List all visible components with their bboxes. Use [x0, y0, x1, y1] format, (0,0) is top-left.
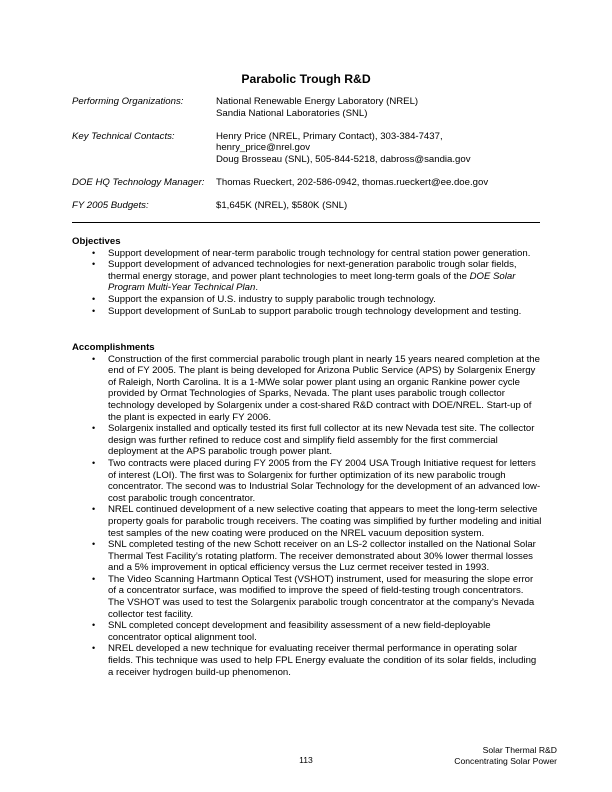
bullet-icon: • — [92, 643, 95, 655]
contact-email: henry_price@nrel.gov — [216, 142, 542, 154]
bullet-icon: • — [92, 423, 95, 435]
footer-program-title: Concentrating Solar Power — [454, 756, 557, 767]
list-item-text: NREL developed a new technique for evalu… — [108, 643, 536, 677]
list-item-text: Support development of near-term parabol… — [108, 248, 530, 259]
bullet-icon: • — [92, 248, 95, 260]
list-item-text: SNL completed concept development and fe… — [108, 620, 491, 643]
bullet-icon: • — [92, 504, 95, 516]
manager-line: Thomas Rueckert, 202-586-0942, thomas.ru… — [216, 177, 542, 189]
objectives-section: Objectives •Support development of near-… — [72, 236, 542, 317]
key-technical-contacts-row: Key Technical Contacts: Henry Price (NRE… — [72, 131, 542, 166]
key-technical-contacts-value: Henry Price (NREL, Primary Contact), 303… — [216, 131, 542, 166]
page-title: Parabolic Trough R&D — [0, 72, 612, 87]
accomplishment-item: •NREL developed a new technique for eval… — [72, 643, 542, 678]
organization-line: Sandia National Laboratories (SNL) — [216, 108, 542, 120]
accomplishment-item: •Two contracts were placed during FY 200… — [72, 458, 542, 504]
bullet-icon: • — [92, 458, 95, 470]
key-technical-contacts-label: Key Technical Contacts: — [72, 131, 216, 166]
bullet-icon: • — [92, 574, 95, 586]
list-item-text: Two contracts were placed during FY 2005… — [108, 458, 540, 504]
running-footer: Solar Thermal R&D Concentrating Solar Po… — [454, 745, 557, 766]
performing-organizations-value: National Renewable Energy Laboratory (NR… — [216, 96, 542, 119]
bullet-icon: • — [92, 539, 95, 551]
contact-line: Doug Brosseau (SNL), 505-844-5218, dabro… — [216, 154, 542, 166]
horizontal-divider — [72, 222, 540, 223]
bullet-icon: • — [92, 620, 95, 632]
doe-hq-manager-value: Thomas Rueckert, 202-586-0942, thomas.ru… — [216, 177, 542, 189]
list-item-text: NREL continued development of a new sele… — [108, 504, 541, 538]
bullet-icon: • — [92, 294, 95, 306]
accomplishment-item: •The Video Scanning Hartmann Optical Tes… — [72, 574, 542, 620]
accomplishments-heading: Accomplishments — [72, 342, 542, 354]
organization-line: National Renewable Energy Laboratory (NR… — [216, 96, 542, 108]
accomplishment-item: •Construction of the first commercial pa… — [72, 354, 542, 424]
accomplishments-list: •Construction of the first commercial pa… — [72, 354, 542, 679]
project-metadata: Performing Organizations: National Renew… — [72, 96, 542, 223]
bullet-icon: • — [92, 354, 95, 366]
footer-section-title: Solar Thermal R&D — [454, 745, 557, 756]
budgets-value: $1,645K (NREL), $580K (SNL) — [216, 200, 542, 212]
list-item-text-end: . — [255, 282, 258, 293]
list-item-text: Solargenix installed and optically teste… — [108, 423, 534, 457]
performing-organizations-label: Performing Organizations: — [72, 96, 216, 119]
doe-hq-manager-row: DOE HQ Technology Manager: Thomas Ruecke… — [72, 177, 542, 189]
bullet-icon: • — [92, 259, 95, 271]
performing-organizations-row: Performing Organizations: National Renew… — [72, 96, 542, 119]
objective-item: •Support development of advanced technol… — [72, 259, 542, 294]
list-item-text: Support the expansion of U.S. industry t… — [108, 294, 436, 305]
list-item-text: The Video Scanning Hartmann Optical Test… — [108, 574, 534, 620]
accomplishments-section: Accomplishments •Construction of the fir… — [72, 342, 542, 678]
budget-line: $1,645K (NREL), $580K (SNL) — [216, 200, 542, 212]
contact-line: Henry Price (NREL, Primary Contact), 303… — [216, 131, 542, 143]
objectives-heading: Objectives — [72, 236, 542, 248]
accomplishment-item: •SNL completed concept development and f… — [72, 620, 542, 643]
objective-item: •Support development of SunLab to suppor… — [72, 306, 542, 318]
budgets-row: FY 2005 Budgets: $1,645K (NREL), $580K (… — [72, 200, 542, 212]
list-item-text: SNL completed testing of the new Schott … — [108, 539, 536, 573]
objectives-list: •Support development of near-term parabo… — [72, 248, 542, 318]
objective-item: •Support the expansion of U.S. industry … — [72, 294, 542, 306]
accomplishment-item: •SNL completed testing of the new Schott… — [72, 539, 542, 574]
accomplishment-item: •Solargenix installed and optically test… — [72, 423, 542, 458]
doe-hq-manager-label: DOE HQ Technology Manager: — [72, 177, 216, 189]
list-item-text: Construction of the first commercial par… — [108, 354, 540, 423]
list-item-text: Support development of advanced technolo… — [108, 259, 517, 282]
list-item-text: Support development of SunLab to support… — [108, 306, 521, 317]
bullet-icon: • — [92, 306, 95, 318]
budgets-label: FY 2005 Budgets: — [72, 200, 216, 212]
accomplishment-item: •NREL continued development of a new sel… — [72, 504, 542, 539]
document-page: Parabolic Trough R&D Performing Organiza… — [0, 0, 612, 792]
objective-item: •Support development of near-term parabo… — [72, 248, 542, 260]
